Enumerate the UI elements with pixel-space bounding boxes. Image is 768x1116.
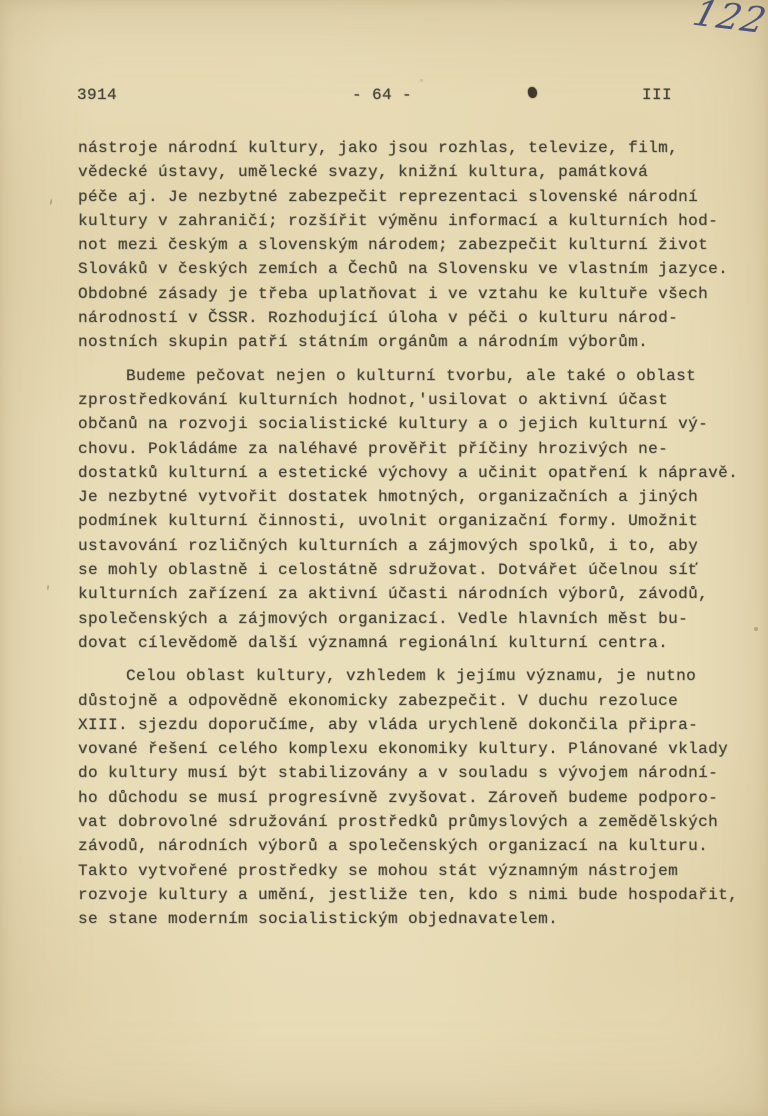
text-line: podmínek kulturní činnosti, uvolnit orga… [78, 509, 758, 533]
paragraph: Budeme pečovat nejen o kulturní tvorbu, … [78, 364, 758, 656]
paper-speck [420, 79, 423, 82]
text-line: občanů na rozvoji socialistické kultury … [78, 412, 758, 436]
text-line: vované řešení celého komplexu ekonomiky … [78, 737, 758, 761]
text-line: rozvoje kultury a umění, jestliže ten, k… [78, 883, 758, 907]
text-line: dostatků kulturní a estetické výchovy a … [78, 461, 758, 485]
text-line: Budeme pečovat nejen o kulturní tvorbu, … [78, 364, 758, 388]
text-line: nástroje národní kultury, jako jsou rozh… [78, 136, 758, 160]
paragraph: Celou oblast kultury, vzhledem k jejímu … [78, 664, 758, 931]
text-line: společenských a zájmových organizací. Ve… [78, 607, 758, 631]
text-line: kultury v zahraničí; rozšířit výměnu inf… [78, 209, 758, 233]
text-line: ustavování rozličných kulturních a zájmo… [78, 534, 758, 558]
ink-blot [527, 86, 537, 98]
text-line: do kultury musí být stabilizovány a v so… [78, 761, 758, 785]
paper-speck [49, 199, 52, 205]
text-line: Takto vytvořené prostředky se mohou stát… [78, 859, 758, 883]
text-line: se mohly oblastně i celostátně sdružovat… [78, 558, 758, 582]
text-line: Je nezbytné vytvořit dostatek hmotných, … [78, 485, 758, 509]
text-line: dovat cílevědomě další významná regionál… [78, 631, 758, 655]
text-line: vat dobrovolné sdružování prostředků prů… [78, 810, 758, 834]
text-line: kulturních zařízení za aktivní účasti ná… [78, 582, 758, 606]
text-line: Slováků v českých zemích a Čechů na Slov… [78, 257, 758, 281]
text-line: péče aj. Je nezbytné zabezpečit reprezen… [78, 185, 758, 209]
text-line: chovu. Pokládáme za naléhavé prověřit př… [78, 437, 758, 461]
section-number: III [642, 86, 672, 104]
text-line: nostních skupin patří státním orgánům a … [78, 330, 758, 354]
scanned-document-page: 122 3914 - 64 - III nástroje národní kul… [0, 0, 768, 1116]
paper-speck [754, 627, 758, 631]
text-line: not mezi českým a slovenským národem; za… [78, 233, 758, 257]
text-line: závodů, národních výborů a společenských… [78, 834, 758, 858]
paragraph: nástroje národní kultury, jako jsou rozh… [78, 136, 758, 355]
text-line: Celou oblast kultury, vzhledem k jejímu … [78, 664, 758, 688]
paper-speck [47, 585, 50, 590]
handwritten-page-number: 122 [689, 0, 768, 42]
text-line: Obdobné zásady je třeba uplatňovat i ve … [78, 282, 758, 306]
text-line: zprostředkování kulturních hodnot,'usilo… [78, 388, 758, 412]
text-line: důstojně a odpovědně ekonomicky zabezpeč… [78, 689, 758, 713]
text-line: XIII. sjezdu doporučíme, aby vláda urych… [78, 713, 758, 737]
document-body: nástroje národní kultury, jako jsou rozh… [78, 136, 758, 932]
text-line: ho důchodu se musí progresívně zvyšovat.… [78, 786, 758, 810]
page-number: - 64 - [352, 86, 412, 104]
text-line: vědecké ústavy, umělecké svazy, knižní k… [78, 160, 758, 184]
document-number: 3914 [77, 86, 117, 104]
text-line: se stane moderním socialistickým objedna… [78, 907, 758, 931]
text-line: národností v ČSSR. Rozhodující úloha v p… [78, 306, 758, 330]
